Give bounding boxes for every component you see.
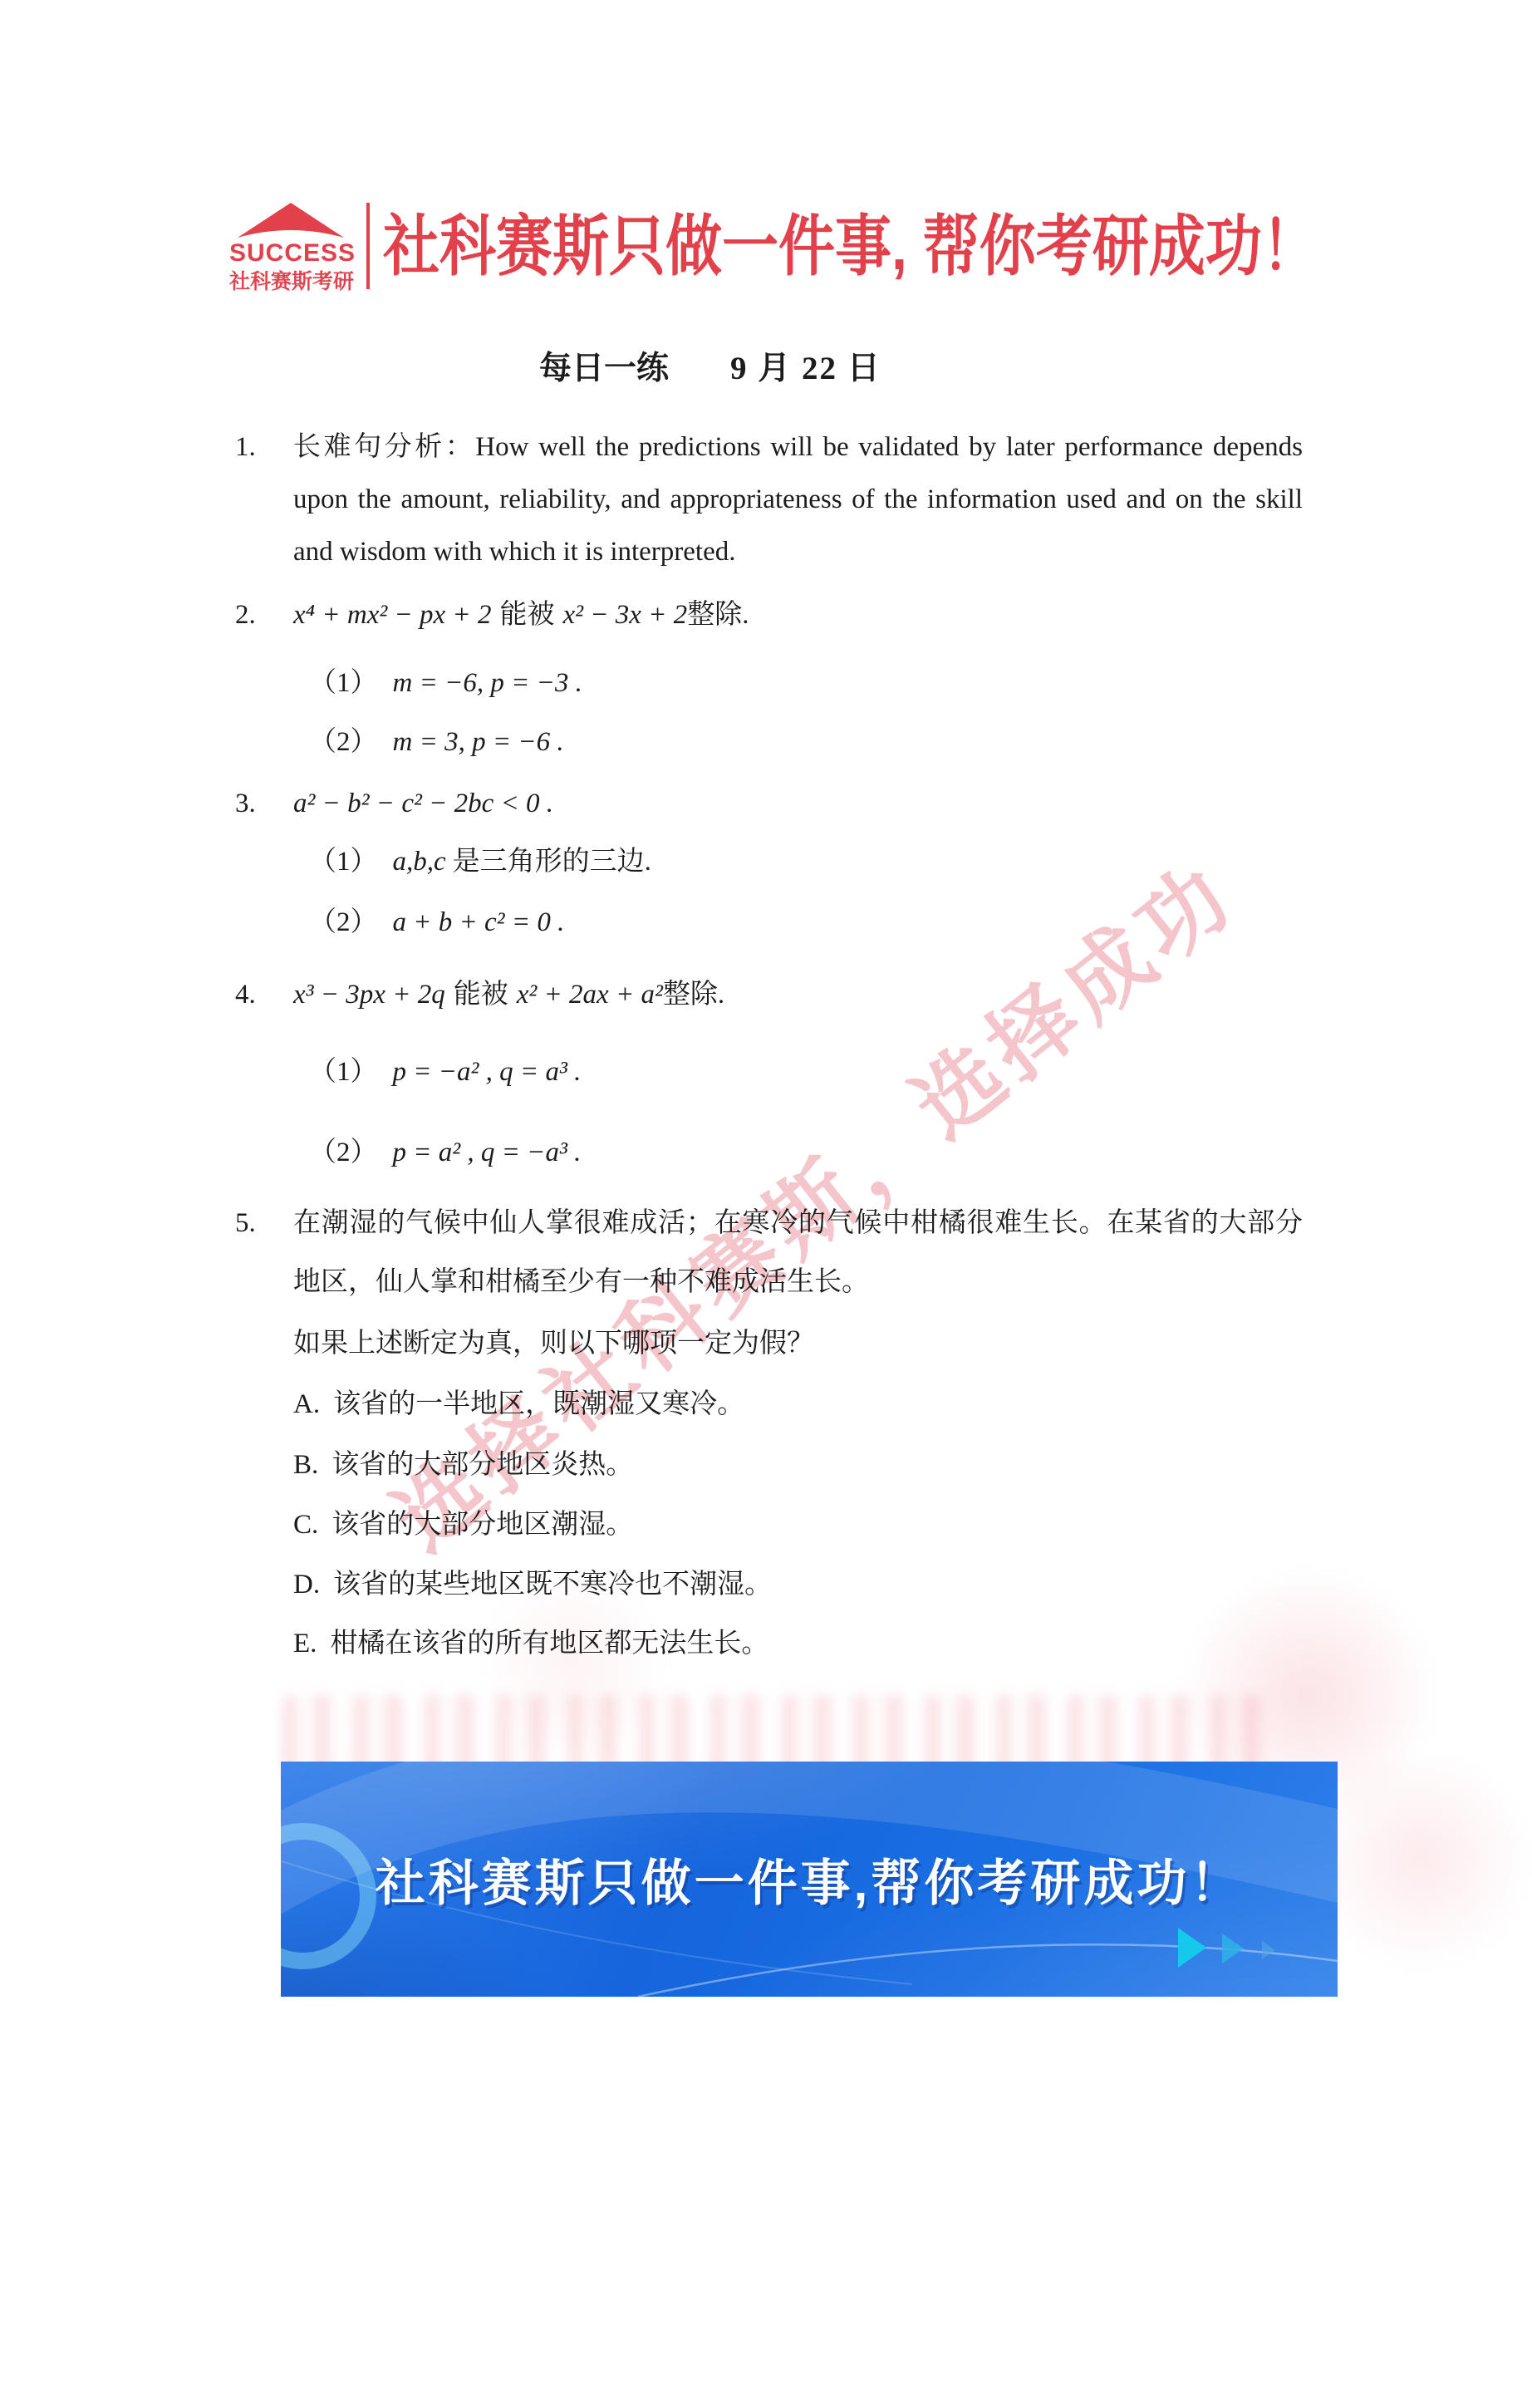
option-row-e: E.柑橘在该省的所有地区都无法生长。 (293, 1614, 768, 1673)
question-number: 1. (235, 421, 256, 474)
q4-sub-item-2: （2）p = a² , q = −a³ . (309, 1127, 581, 1179)
logo-subtitle: 社科赛斯考研 (226, 265, 357, 295)
question-5-text: 在潮湿的气候中仙人掌很难成活；在寒冷的气候中柑橘很难生长。在某省的大部分地区，仙… (293, 1194, 1303, 1312)
sub-math: a + b + c² = 0 . (393, 907, 565, 937)
sub-label: （2） (309, 727, 378, 757)
q4-tail: 整除. (663, 980, 724, 1010)
q4-mid: 能被 (454, 980, 508, 1010)
page-content: SUCCESS 社科赛斯考研 社科赛斯只做一件事, 帮你考研成功！ 每日一练9 … (0, 0, 1532, 2408)
sub-label: （1） (309, 1057, 378, 1087)
question-5-stem: 如果上述断定为真，则以下哪项一定为假？ (293, 1315, 814, 1374)
option-text: 该省的大部分地区炎热。 (331, 1450, 633, 1480)
sub-math: p = −a² , q = a³ . (393, 1057, 582, 1087)
q2-sub-item-1: （1）m = −6, p = −3 . (309, 657, 582, 710)
option-text: 该省的某些地区既不寒冷也不潮湿。 (333, 1570, 772, 1600)
question-2-text: x⁴ + mx² − px + 2能被x² − 3x + 2整除. (293, 589, 749, 641)
option-text: 该省的一半地区，既潮湿又寒冷。 (333, 1389, 744, 1419)
page-title: 每日一练9 月 22 日 (539, 342, 881, 389)
q4-formula-b: x² + 2ax + a² (517, 980, 663, 1010)
q1-label: 长难句分析： (293, 432, 475, 462)
question-number: 2. (235, 589, 256, 641)
option-label: E. (293, 1629, 317, 1659)
q3-sub-item-1: （1）a,b,c是三角形的三边. (309, 836, 651, 888)
play-arrow-icon (1222, 1934, 1244, 1963)
option-row-c: C.该省的大部分地区潮湿。 (293, 1496, 633, 1555)
option-label: B. (293, 1450, 318, 1480)
ad-banner: 社科赛斯只做一件事,帮你考研成功！ (281, 1762, 1338, 1997)
sub-label: （2） (309, 907, 378, 937)
logo-roof-icon (237, 202, 345, 240)
header-divider (366, 203, 370, 289)
question-number: 4. (235, 969, 256, 1021)
play-arrow-icon (1178, 1928, 1206, 1968)
q3-sub-item-2: （2）a + b + c² = 0 . (309, 897, 564, 949)
option-text: 该省的大部分地区潮湿。 (331, 1510, 633, 1540)
q2-sub-item-2: （2）m = 3, p = −6 . (309, 716, 564, 769)
sub-math: a,b,c (393, 847, 446, 877)
question-number: 3. (235, 778, 256, 830)
sub-math: m = 3, p = −6 . (393, 727, 564, 757)
option-label: D. (293, 1570, 320, 1600)
header-slogan: 社科赛斯只做一件事, 帮你考研成功！ (383, 208, 1318, 286)
logo-title: SUCCESS (229, 239, 354, 268)
sub-text: 是三角形的三边. (453, 847, 651, 877)
question-4-text: x³ − 3px + 2q能被x² + 2ax + a²整除. (293, 969, 724, 1021)
q2-tail: 整除. (687, 600, 749, 630)
option-text: 柑橘在该省的所有地区都无法生长。 (330, 1629, 768, 1659)
question-number: 5. (235, 1194, 256, 1253)
q4-formula-a: x³ − 3px + 2q (293, 980, 445, 1010)
play-arrow-icon (1262, 1941, 1275, 1959)
q2-formula-b: x² − 3x + 2 (562, 600, 687, 630)
option-row-d: D.该省的某些地区既不寒冷也不潮湿。 (293, 1555, 772, 1614)
sub-math: p = a² , q = −a³ . (393, 1138, 582, 1167)
q4-sub-item-1: （1）p = −a² , q = a³ . (309, 1046, 581, 1098)
q2-mid: 能被 (499, 600, 554, 630)
option-row-b: B.该省的大部分地区炎热。 (293, 1436, 633, 1495)
title-name: 每日一练 (539, 351, 669, 386)
sub-math: m = −6, p = −3 . (393, 668, 582, 698)
q2-formula-a: x⁴ + mx² − px + 2 (293, 600, 491, 630)
sub-label: （1） (309, 847, 378, 877)
q3-formula: a² − b² − c² − 2bc < 0 . (293, 789, 553, 818)
question-3-text: a² − b² − c² − 2bc < 0 . (293, 778, 553, 830)
option-row-a: A.该省的一半地区，既潮湿又寒冷。 (293, 1375, 744, 1434)
option-label: C. (293, 1510, 318, 1540)
document-page: 选择社科赛斯，选择成功 SUCCESS 社科赛斯考研 社科赛斯只做一件事, 帮你… (0, 0, 1532, 2408)
question-1-text: 长难句分析：How well the predictions will be v… (293, 421, 1303, 578)
title-date: 9 月 22 日 (730, 351, 881, 386)
sub-label: （1） (309, 668, 378, 698)
sub-label: （2） (309, 1138, 378, 1167)
option-label: A. (293, 1389, 320, 1419)
